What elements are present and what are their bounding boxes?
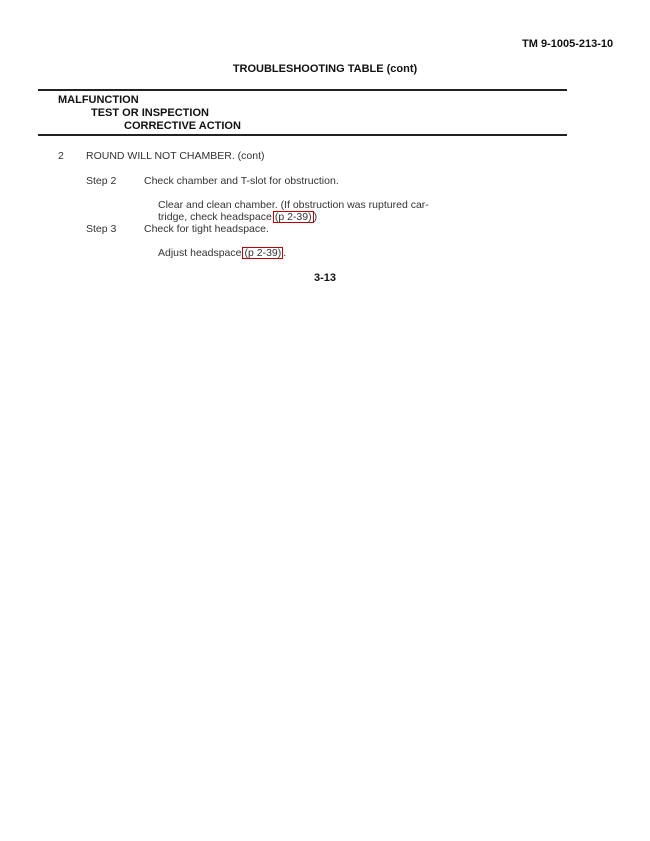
corrective-action-suffix: ) xyxy=(314,211,318,223)
column-header-test-or-inspection: TEST OR INSPECTION xyxy=(91,107,209,119)
corrective-action-text-part: Adjust headspace xyxy=(158,247,241,259)
malfunction-title: ROUND WILL NOT CHAMBER. (cont) xyxy=(86,150,265,162)
step-label: Step 3 xyxy=(86,223,116,235)
table-title: TROUBLESHOOTING TABLE (cont) xyxy=(0,63,650,75)
column-header-corrective-action: CORRECTIVE ACTION xyxy=(124,120,241,132)
document-id: TM 9-1005-213-10 xyxy=(522,38,613,50)
corrective-action-text: Clear and clean chamber. (If obstruction… xyxy=(158,199,429,211)
corrective-action-text: Adjust headspace(p 2-39). xyxy=(158,247,286,259)
header-bottom-rule xyxy=(38,134,567,136)
header-top-rule xyxy=(38,89,567,91)
column-header-malfunction: MALFUNCTION xyxy=(58,94,139,106)
corrective-action-text-part: tridge, check headspace xyxy=(158,211,272,223)
malfunction-number: 2 xyxy=(58,150,64,162)
step-test-text: Check chamber and T-slot for obstruction… xyxy=(144,175,339,187)
step-label: Step 2 xyxy=(86,175,116,187)
corrective-action-text-continued: tridge, check headspace(p 2-39)) xyxy=(158,211,317,223)
step-test-text: Check for tight headspace. xyxy=(144,223,269,235)
page-reference-link[interactable]: (p 2-39) xyxy=(273,211,314,223)
page-number: 3-13 xyxy=(0,272,650,284)
page-reference-link[interactable]: (p 2-39) xyxy=(242,247,283,259)
corrective-action-suffix: . xyxy=(283,247,286,259)
